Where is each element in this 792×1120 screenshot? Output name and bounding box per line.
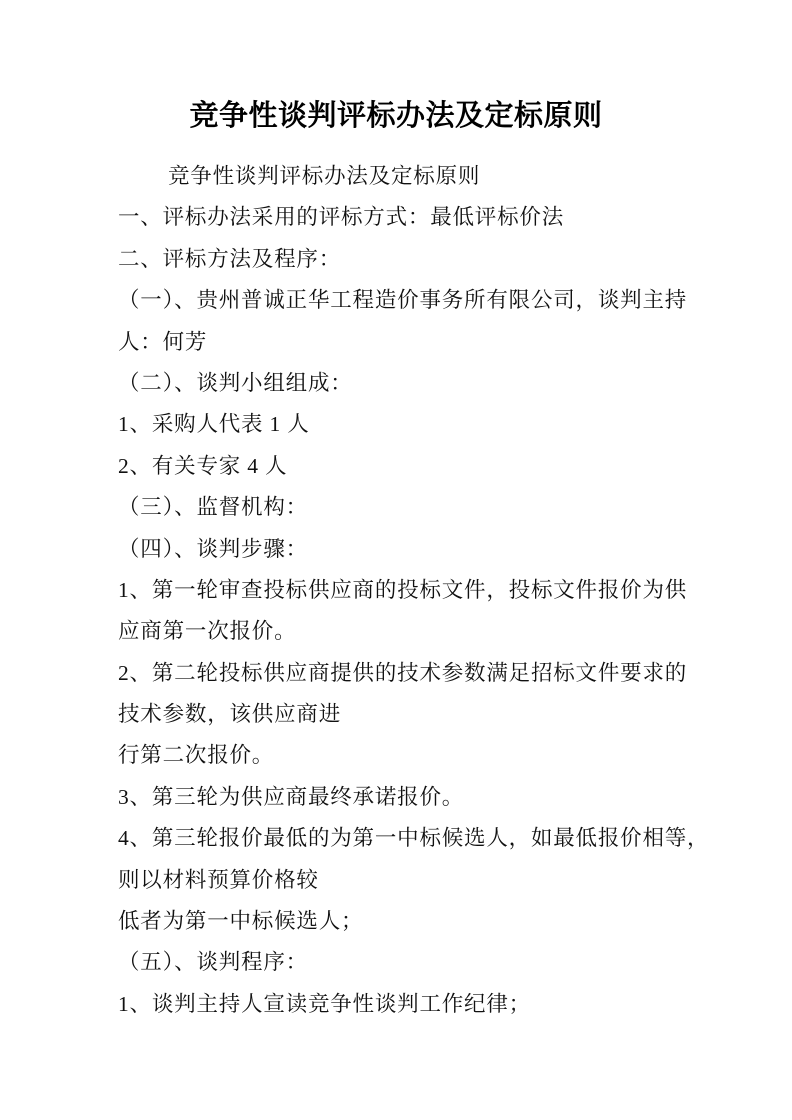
document-line: （二）、谈判小组组成： bbox=[118, 363, 738, 404]
document-line: 4、第三轮报价最低的为第一中标候选人，如最低报价相等， bbox=[118, 818, 738, 859]
document-line: （一）、贵州普诚正华工程造价事务所有限公司，谈判主持 bbox=[118, 280, 738, 321]
document-line: 1、采购人代表 1 人 bbox=[118, 404, 738, 445]
document-line: 技术参数，该供应商进 bbox=[118, 694, 738, 735]
document-line: 则以材料预算价格较 bbox=[118, 860, 738, 901]
document-line: （四）、谈判步骤： bbox=[118, 529, 738, 570]
document-line: 2、有关专家 4 人 bbox=[118, 446, 738, 487]
document-page: 竞争性谈判评标办法及定标原则 竞争性谈判评标办法及定标原则一、评标办法采用的评标… bbox=[0, 0, 792, 1120]
document-line: 1、谈判主持人宣读竞争性谈判工作纪律； bbox=[118, 984, 738, 1025]
document-line: 二、评标方法及程序： bbox=[118, 239, 738, 280]
document-line: 一、评标办法采用的评标方式：最低评标价法 bbox=[118, 197, 738, 238]
document-line: 1、第一轮审查投标供应商的投标文件，投标文件报价为供 bbox=[118, 570, 738, 611]
document-line: 人：何芳 bbox=[118, 322, 738, 363]
document-title: 竞争性谈判评标办法及定标原则 bbox=[0, 96, 792, 136]
document-line: （三）、监督机构： bbox=[118, 487, 738, 528]
document-line: 低者为第一中标候选人； bbox=[118, 901, 738, 942]
document-body: 竞争性谈判评标办法及定标原则一、评标办法采用的评标方式：最低评标价法二、评标方法… bbox=[118, 156, 738, 1025]
document-line: （五）、谈判程序： bbox=[118, 942, 738, 983]
document-line: 竞争性谈判评标办法及定标原则 bbox=[118, 156, 738, 197]
document-line: 2、第二轮投标供应商提供的技术参数满足招标文件要求的 bbox=[118, 653, 738, 694]
document-line: 3、第三轮为供应商最终承诺报价。 bbox=[118, 777, 738, 818]
document-line: 应商第一次报价。 bbox=[118, 611, 738, 652]
document-line: 行第二次报价。 bbox=[118, 735, 738, 776]
